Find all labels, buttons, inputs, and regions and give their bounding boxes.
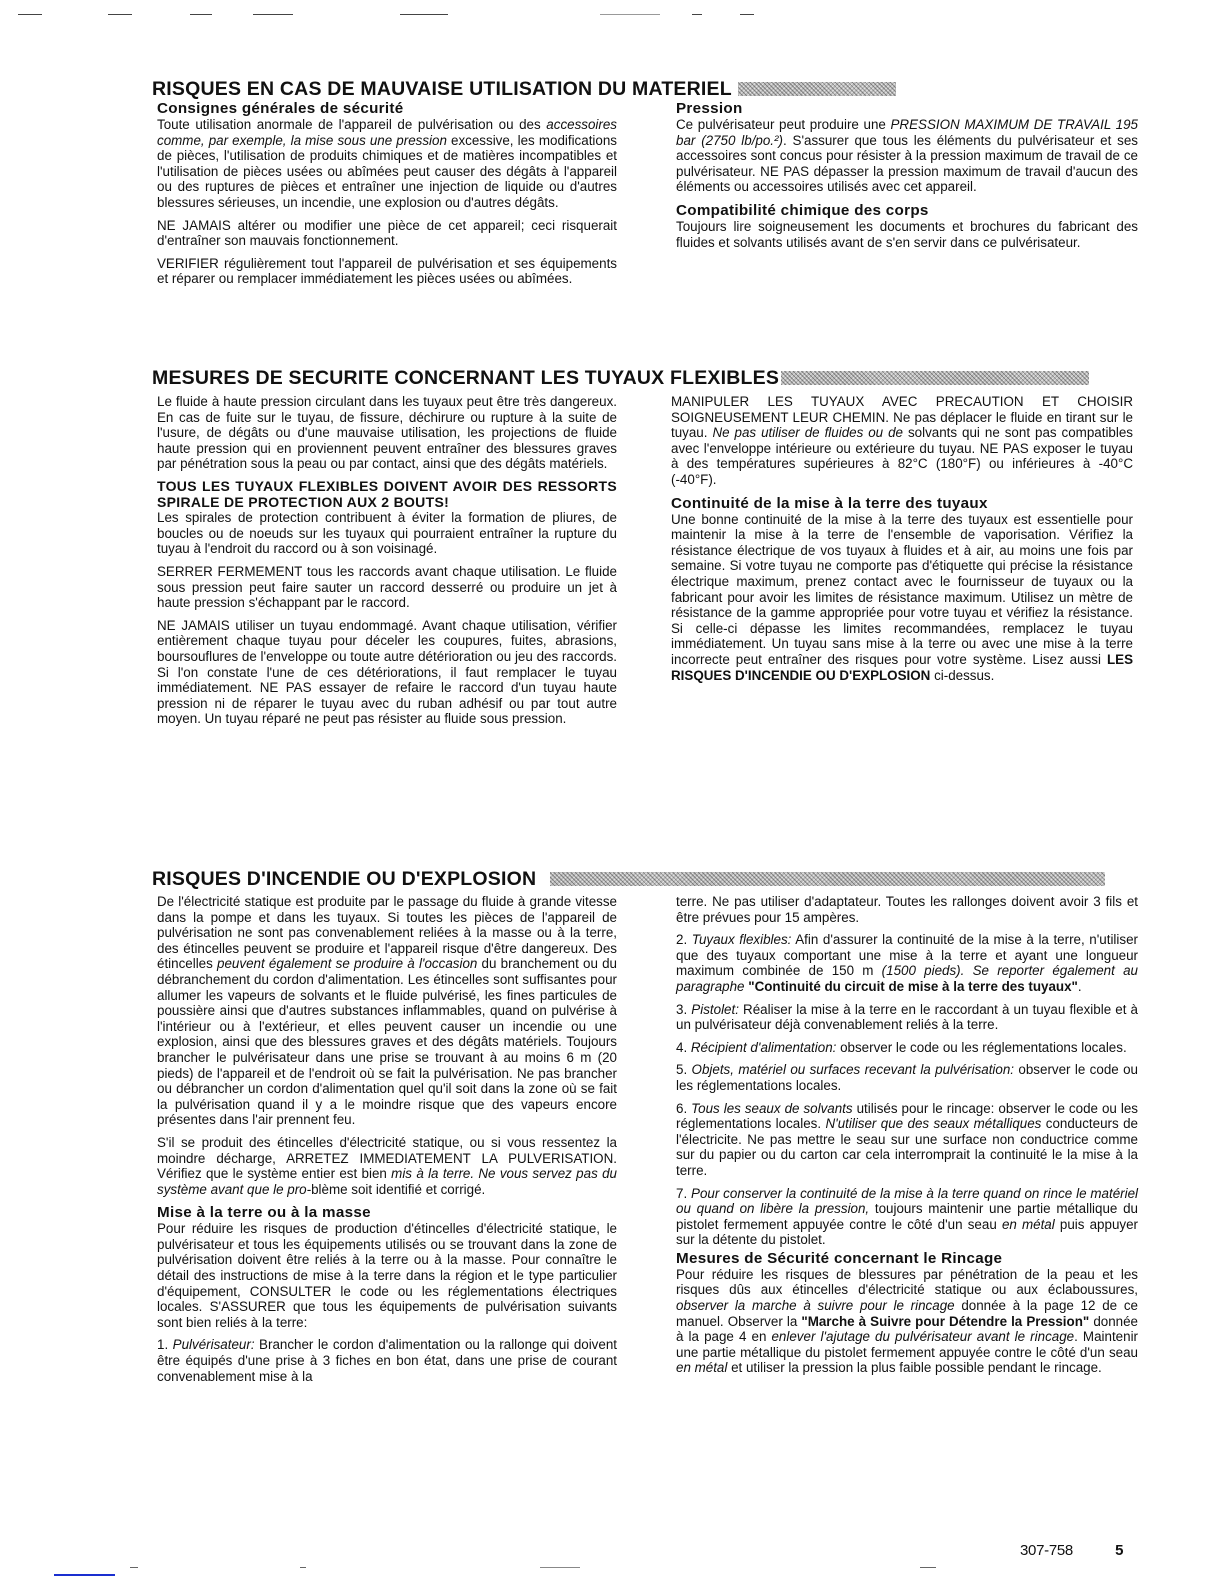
list-item-7: 7. Pour conserver la continuité de la mi… — [676, 1186, 1138, 1248]
hatched-bar — [738, 82, 896, 96]
paragraph-grounding: Pour réduire les risques de production d… — [157, 1221, 617, 1330]
blue-underline-mark — [54, 1574, 115, 1576]
paragraph-spark-stop: S'il se produit des étincelles d'électri… — [157, 1135, 617, 1197]
section-title-text: RISQUES D'INCENDIE OU D'EXPLOSION — [152, 868, 536, 890]
paragraph-rinsing: Pour réduire les risques de blessures pa… — [676, 1267, 1138, 1376]
scan-artifacts-top — [0, 14, 1224, 20]
heading-grounding: Mise à la terre ou à la masse — [157, 1204, 617, 1221]
list-item-5: 5. Objets, matériel ou surfaces recevant… — [676, 1062, 1138, 1093]
list-item-2: 2. Tuyaux flexibles: Afin d'assurer la c… — [676, 932, 1138, 994]
heading-chemical-compat: Compatibilité chimique des corps — [676, 202, 1138, 219]
paragraph-static-electricity: De l'électricité statique est produite p… — [157, 894, 617, 1128]
hatched-bar — [550, 872, 1105, 886]
document-code: 307-758 — [1020, 1542, 1073, 1559]
paragraph-chemical: Toujours lire soigneusement les document… — [676, 219, 1138, 250]
heading-hose-continuity: Continuité de la mise à la terre des tuy… — [671, 495, 1133, 512]
list-item-3: 3. Pistolet: Réaliser la mise à la terre… — [676, 1002, 1138, 1033]
column-right-section1: Pression Ce pulvérisateur peut produire … — [676, 100, 1138, 257]
paragraph-pressure: Ce pulvérisateur peut produire une PRESS… — [676, 117, 1138, 195]
list-item-1: 1. Pulvérisateur: Brancher le cordon d'a… — [157, 1337, 617, 1384]
warning-spiral-guards: TOUS LES TUYAUX FLEXIBLES DOIVENT AVOIR … — [157, 479, 617, 510]
heading-rinsing-safety: Mesures de Sécurité concernant le Rincag… — [676, 1250, 1138, 1267]
paragraph-general-3: VERIFIER régulièrement tout l'appareil d… — [157, 256, 617, 287]
column-left-section3: De l'électricité statique est produite p… — [157, 894, 617, 1391]
paragraph-hoses-1: Le fluide à haute pression circulant dan… — [157, 394, 617, 472]
paragraph-hoses-4: NE JAMAIS utiliser un tuyau endommagé. A… — [157, 618, 617, 727]
paragraph-general-2: NE JAMAIS altérer ou modifier une pièce … — [157, 218, 617, 249]
section-title-misuse: RISQUES EN CAS DE MAUVAISE UTILISATION D… — [152, 78, 896, 100]
list-item-1-continued: terre. Ne pas utiliser d'adaptateur. Tou… — [676, 894, 1138, 925]
list-item-4: 4. Récipient d'alimentation: observer le… — [676, 1040, 1138, 1056]
hatched-bar — [781, 371, 1089, 385]
heading-general-safety: Consignes générales de sécurité — [157, 100, 617, 117]
paragraph-handle-hoses: MANIPULER LES TUYAUX AVEC PRECAUTION ET … — [671, 394, 1133, 488]
column-left-section1: Consignes générales de sécurité Toute ut… — [157, 100, 617, 294]
heading-pressure: Pression — [676, 100, 1138, 117]
paragraph-hoses-3: SERRER FERMEMENT tous les raccords avant… — [157, 564, 617, 611]
column-right-section3: terre. Ne pas utiliser d'adaptateur. Tou… — [676, 894, 1138, 1383]
paragraph-general-1: Toute utilisation anormale de l'appareil… — [157, 117, 617, 211]
paragraph-hoses-2: Les spirales de protection contribuent à… — [157, 510, 617, 557]
column-left-section2: Le fluide à haute pression circulant dan… — [157, 394, 617, 734]
page-footer: 307-758 5 — [1020, 1542, 1123, 1559]
section-title-hoses: MESURES DE SECURITE CONCERNANT LES TUYAU… — [152, 367, 1089, 389]
section-title-text: RISQUES EN CAS DE MAUVAISE UTILISATION D… — [152, 78, 732, 100]
section-title-fire-explosion: RISQUES D'INCENDIE OU D'EXPLOSION — [152, 868, 1105, 890]
paragraph-hose-continuity: Une bonne continuité de la mise à la ter… — [671, 512, 1133, 684]
page-number: 5 — [1115, 1542, 1123, 1559]
column-right-section2: MANIPULER LES TUYAUX AVEC PRECAUTION ET … — [671, 394, 1133, 690]
scan-artifacts-bottom — [0, 1567, 1224, 1570]
list-item-6: 6. Tous les seaux de solvants utilisés p… — [676, 1101, 1138, 1179]
section-title-text: MESURES DE SECURITE CONCERNANT LES TUYAU… — [152, 367, 779, 389]
